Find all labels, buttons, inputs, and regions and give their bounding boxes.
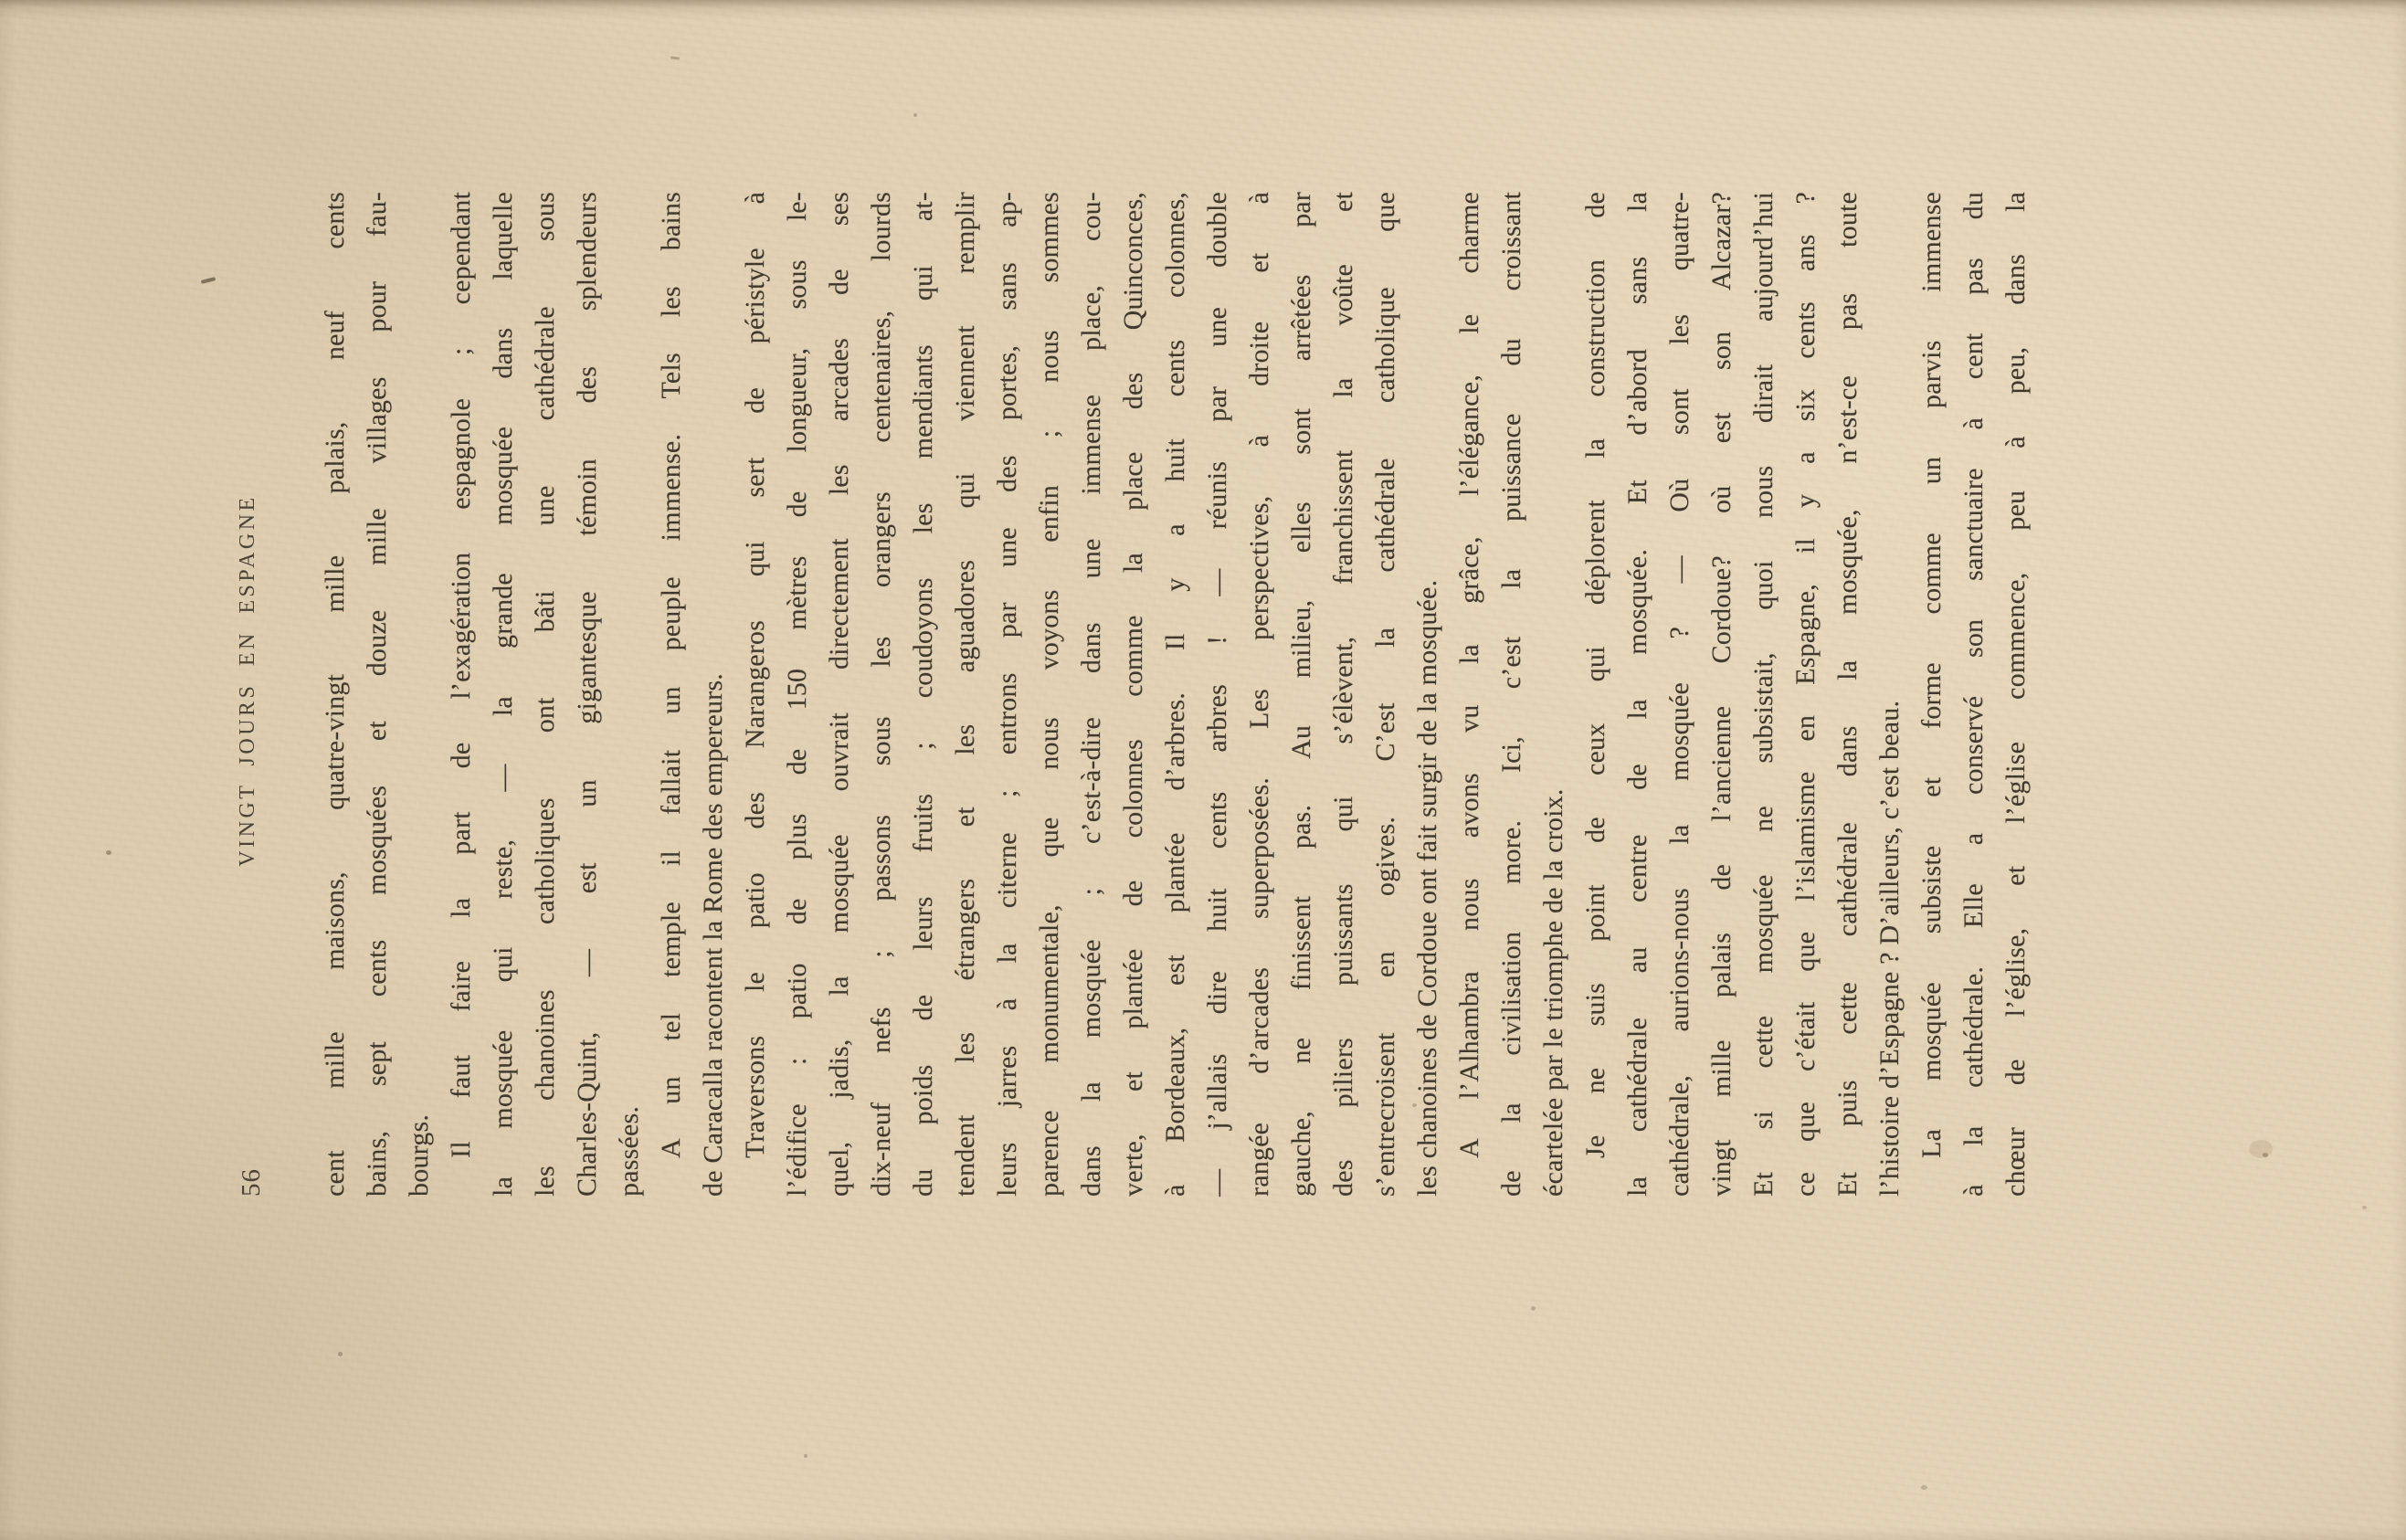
scanned-page: 56 VINGT JOURS EN ESPAGNE cent mille mai… [0, 0, 2406, 1540]
text-line: la cathédrale au centre de la mosquée. E… [1617, 192, 1659, 1197]
text-line: quel, jadis, la mosquée ouvrait directem… [818, 192, 860, 1197]
text-line: — j’allais dire huit cents arbres ! — ré… [1197, 192, 1239, 1197]
text-line: de la civilisation more. Ici, c’est la p… [1491, 192, 1533, 1197]
text-line: du poids de leurs fruits ; coudoyons les… [902, 192, 944, 1197]
text-line: des piliers puissants qui s’élèvent, fra… [1323, 192, 1365, 1197]
text-line: leurs jarres à la citerne ; entrons par … [987, 192, 1029, 1197]
text-line: verte, et plantée de colonnes comme la p… [1113, 192, 1155, 1197]
text-line: cathédrale, aurions-nous la mosquée ? — … [1659, 192, 1701, 1197]
body-text: cent mille maisons, quatre-vingt mille p… [314, 192, 2037, 1197]
text-line: chœur de l’église, et l’église commence,… [1995, 192, 2037, 1197]
text-line: écartelée par le triomphe de la croix. [1533, 192, 1575, 1197]
text-line: ce que c’était que l’islamisme en Espagn… [1785, 192, 1827, 1197]
text-line: vingt mille palais de l’ancienne Cordoue… [1701, 192, 1743, 1197]
text-line: La mosquée subsiste et forme comme un pa… [1911, 192, 1953, 1197]
text-line: bains, sept cents mosquées et douze mill… [356, 192, 398, 1197]
text-line: la mosquée qui reste, — la grande mosqué… [482, 192, 524, 1197]
book-page-rotated: 56 VINGT JOURS EN ESPAGNE cent mille mai… [0, 0, 2406, 1540]
text-line: Charles-Quint, — est un gigantesque témo… [566, 192, 608, 1197]
text-line: l’édifice : patio de plus de 150 mètres … [776, 192, 818, 1197]
text-line: à la cathédrale. Elle a conservé son san… [1953, 192, 1995, 1197]
text-line: les chanoines de Cordoue ont fait surgir… [1407, 192, 1449, 1197]
text-line: dans la mosquée ; c’est-à-dire dans une … [1071, 192, 1113, 1197]
text-line: Traversons le patio des Narangeros qui s… [734, 192, 776, 1197]
running-header: VINGT JOURS EN ESPAGNE [236, 192, 260, 1197]
text-line: à Bordeaux, est plantée d’arbres. Il y a… [1155, 192, 1197, 1197]
text-line: cent mille maisons, quatre-vingt mille p… [314, 192, 356, 1197]
text-line: s’entrecroisent en ogives. C’est la cath… [1365, 192, 1407, 1197]
text-line: rangée d’arcades superposées. Les perspe… [1239, 192, 1281, 1197]
text-line: Il faut faire la part de l’exagération e… [440, 192, 482, 1197]
text-line: passées. [608, 192, 650, 1197]
text-line: Je ne suis point de ceux qui déplorent l… [1575, 192, 1617, 1197]
text-line: l’histoire d’Espagne ? D’ailleurs, c’est… [1869, 192, 1911, 1197]
text-line: A un tel temple il fallait un peuple imm… [650, 192, 692, 1197]
text-line: de Caracalla racontent la Rome des emper… [692, 192, 734, 1197]
text-line: parence monumentale, que nous voyons enf… [1029, 192, 1071, 1197]
text-line: dix-neuf nefs ; passons sous les oranger… [860, 192, 902, 1197]
text-line: tendent les étrangers et les aguadores q… [944, 192, 987, 1197]
text-line: Et puis cette cathédrale dans la mosquée… [1827, 192, 1869, 1197]
text-line: A l’Alhambra nous avons vu la grâce, l’é… [1449, 192, 1491, 1197]
page-number: 56 [237, 1168, 267, 1197]
text-line: Et si cette mosquée ne subsistait, quoi … [1743, 192, 1785, 1197]
text-line: bourgs. [398, 192, 440, 1197]
text-line: les chanoines catholiques ont bâti une c… [524, 192, 566, 1197]
text-line: gauche, ne finissent pas. Au milieu, ell… [1281, 192, 1323, 1197]
page-header: 56 VINGT JOURS EN ESPAGNE [236, 192, 269, 1197]
